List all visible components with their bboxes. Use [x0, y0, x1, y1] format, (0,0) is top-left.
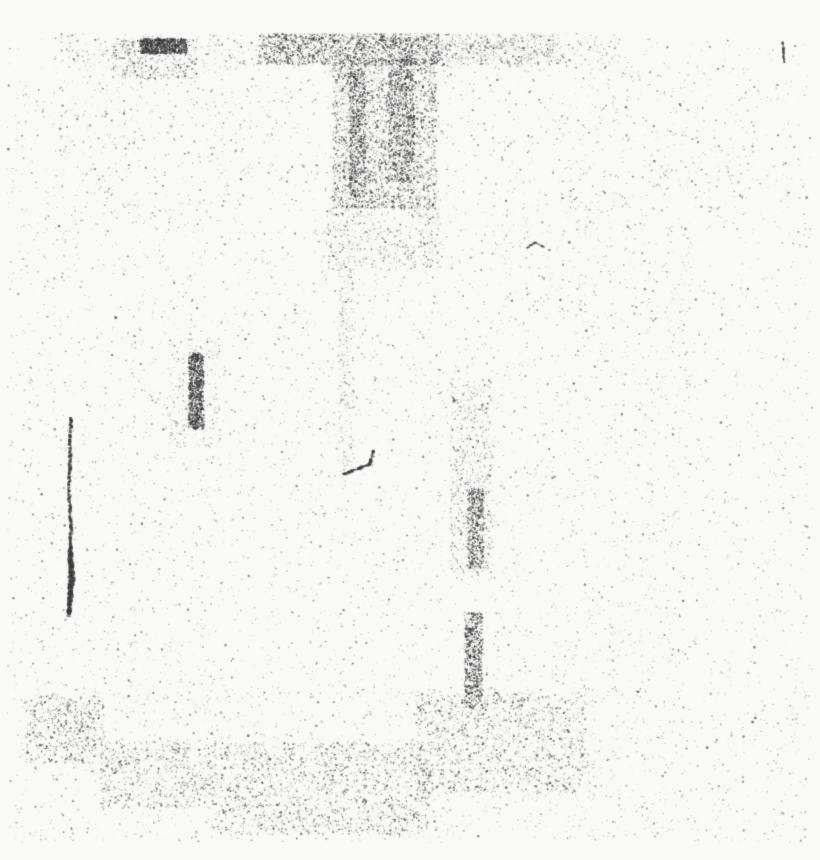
grunge-texture-canvas — [0, 0, 820, 860]
grunge-texture-image — [0, 0, 820, 860]
